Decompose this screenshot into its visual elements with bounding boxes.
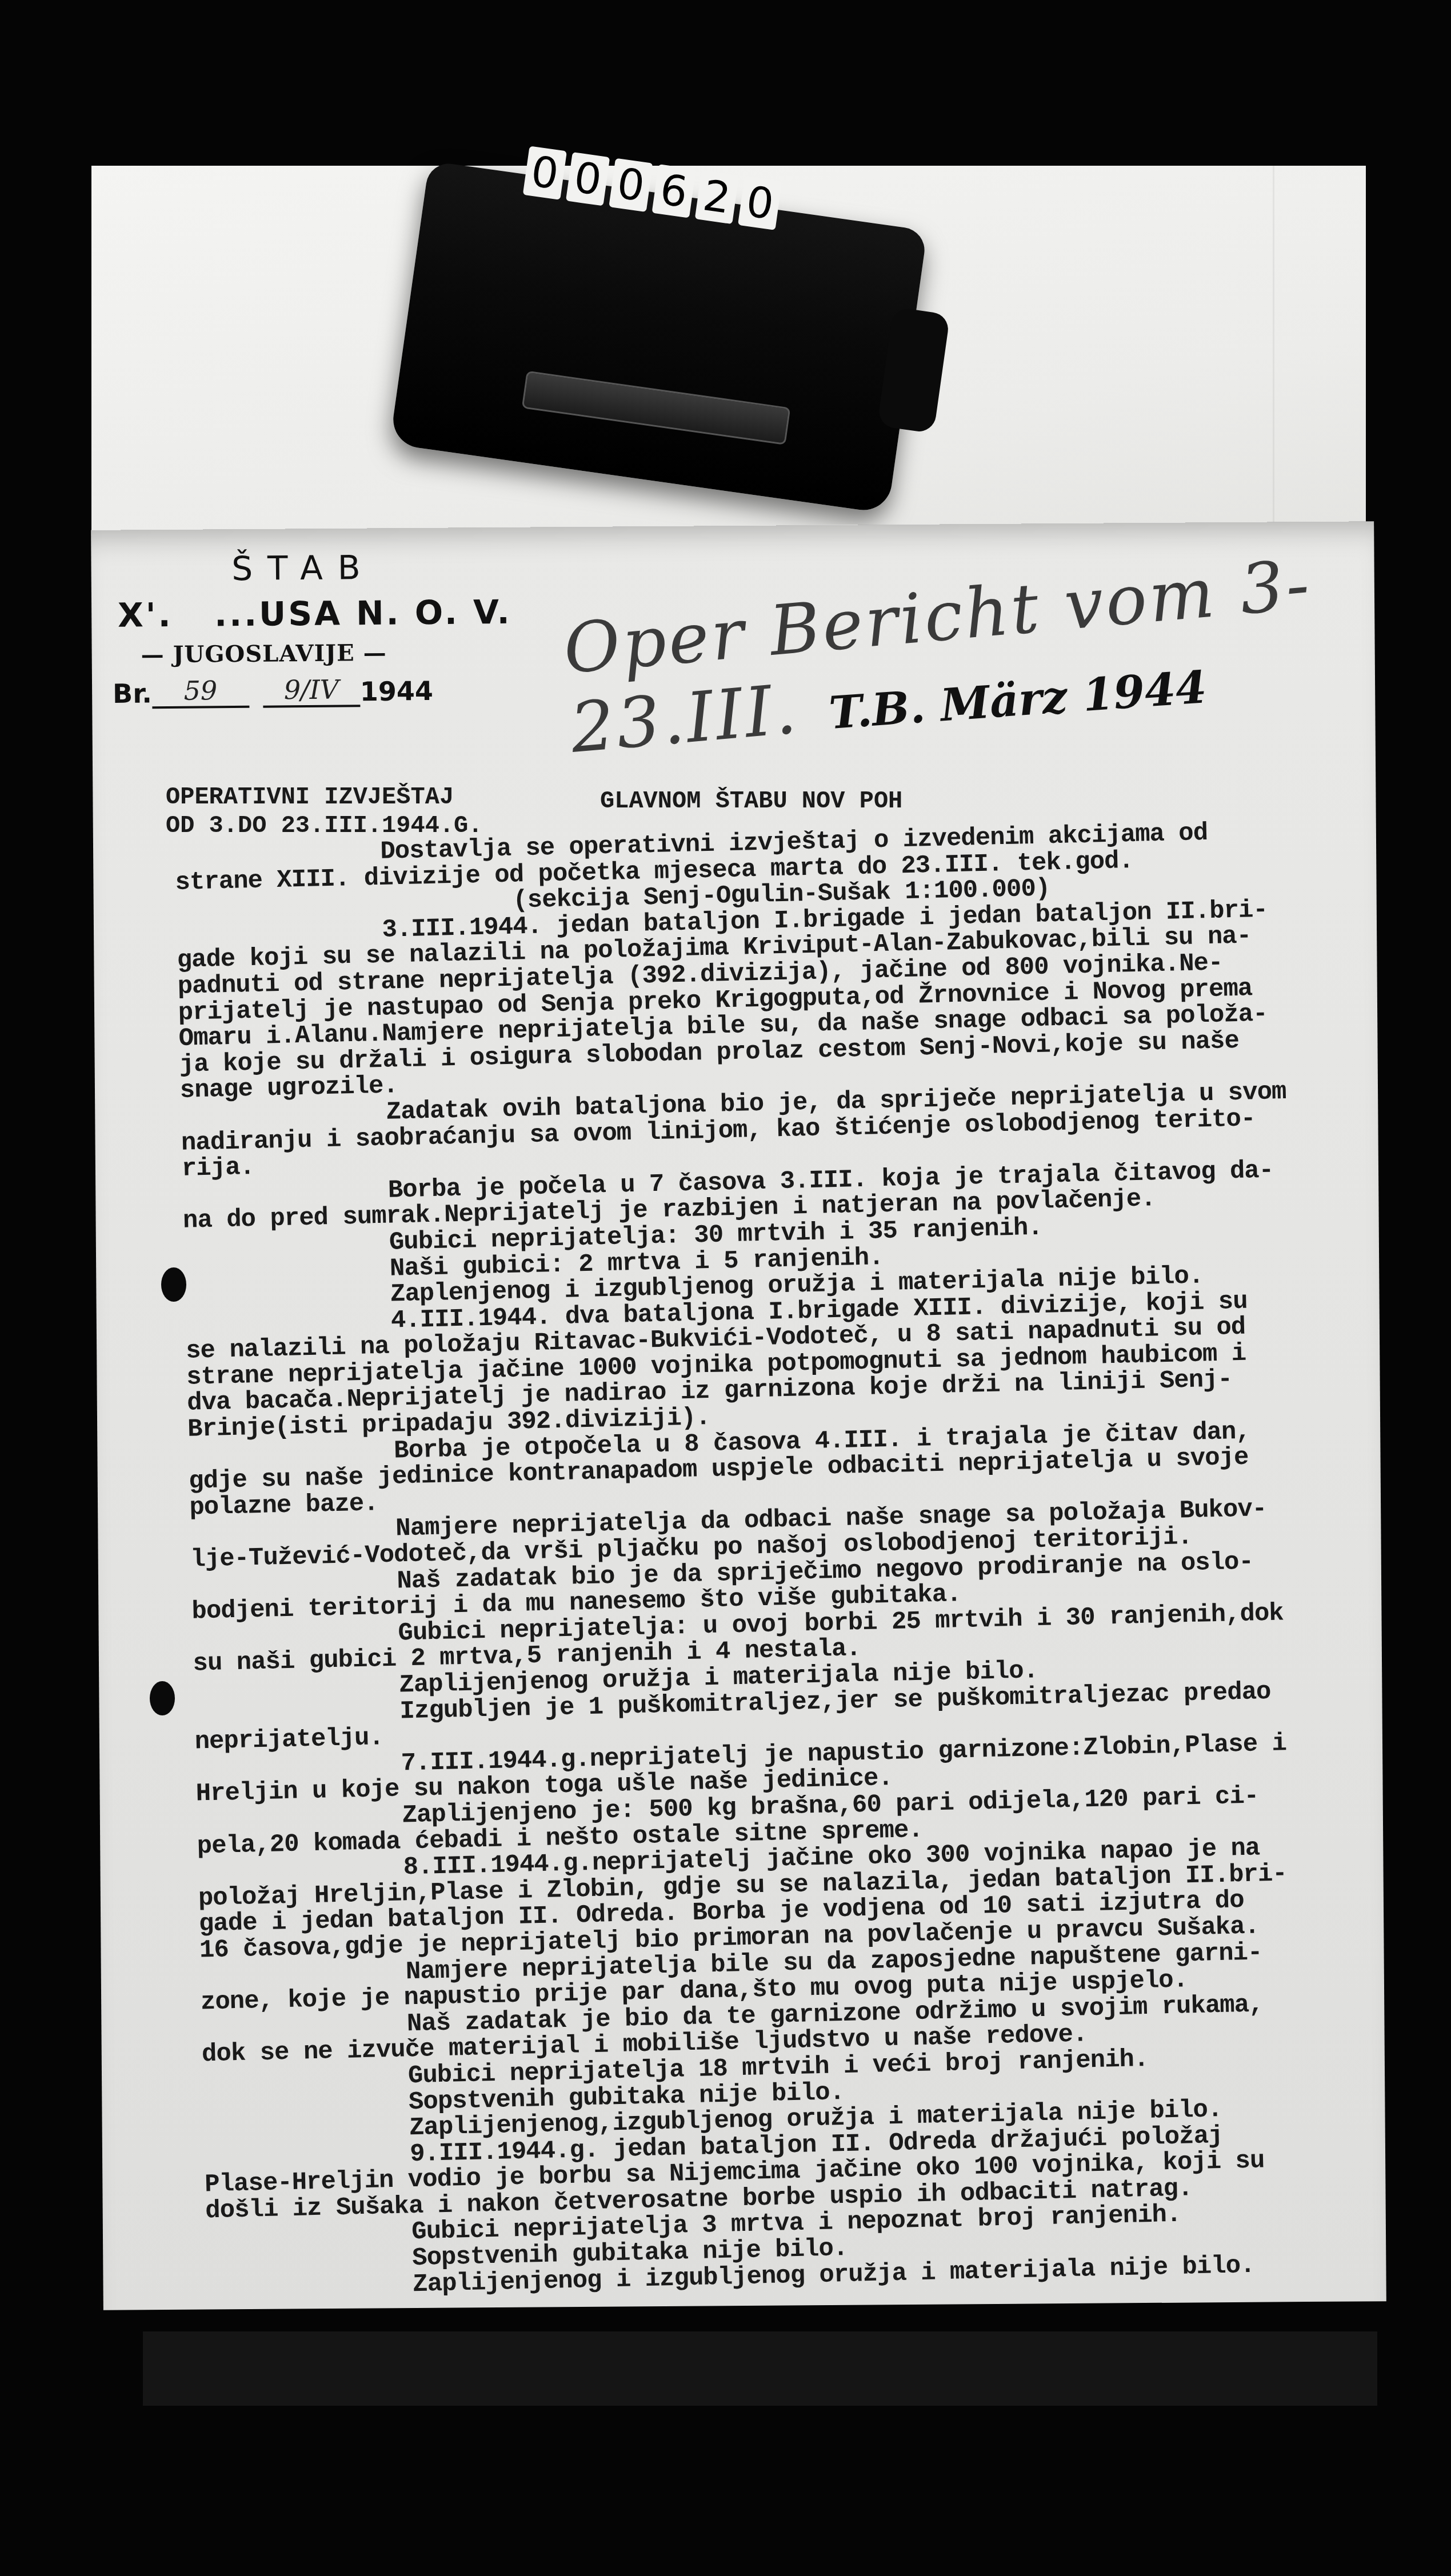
report-addressee: GLAVNOM ŠTABU NOV POH (600, 787, 902, 815)
stamp-title: ŠTAB (231, 548, 375, 588)
stamp-date: 9/IV (263, 674, 360, 707)
punch-hole (161, 1267, 186, 1302)
counter-digit: 0 (566, 152, 610, 206)
counter-digit: 6 (651, 164, 695, 218)
stamp-register-line: Br. 59 9/IV 1944 (113, 673, 433, 709)
report-title-line: OD 3.DO 23.III.1944.G. (166, 811, 483, 840)
punch-hole (150, 1681, 175, 1715)
page-bottom-shadow (143, 2331, 1377, 2406)
stamp-number-prefix: Br. (113, 678, 152, 709)
counter-digit: 0 (738, 176, 782, 230)
counter-digit: 0 (523, 146, 567, 200)
stamp-year: 1944 (360, 675, 433, 707)
counter-digit: 2 (695, 170, 739, 224)
stamp-country: — JUGOSLAVIJE — (141, 639, 386, 669)
report-body: Dostavlja se operativni izvještaj o izve… (174, 816, 1396, 2302)
report-title: OPERATIVNI IZVJEŠTAJOD 3.DO 23.III.1944.… (166, 783, 483, 840)
report-title-line: OPERATIVNI IZVJEŠTAJ (166, 783, 483, 811)
counter-digit: 0 (609, 158, 653, 212)
stamp-unit: X'. ...USA N. O. V. (118, 593, 512, 635)
stamp-number: 59 (152, 675, 249, 709)
